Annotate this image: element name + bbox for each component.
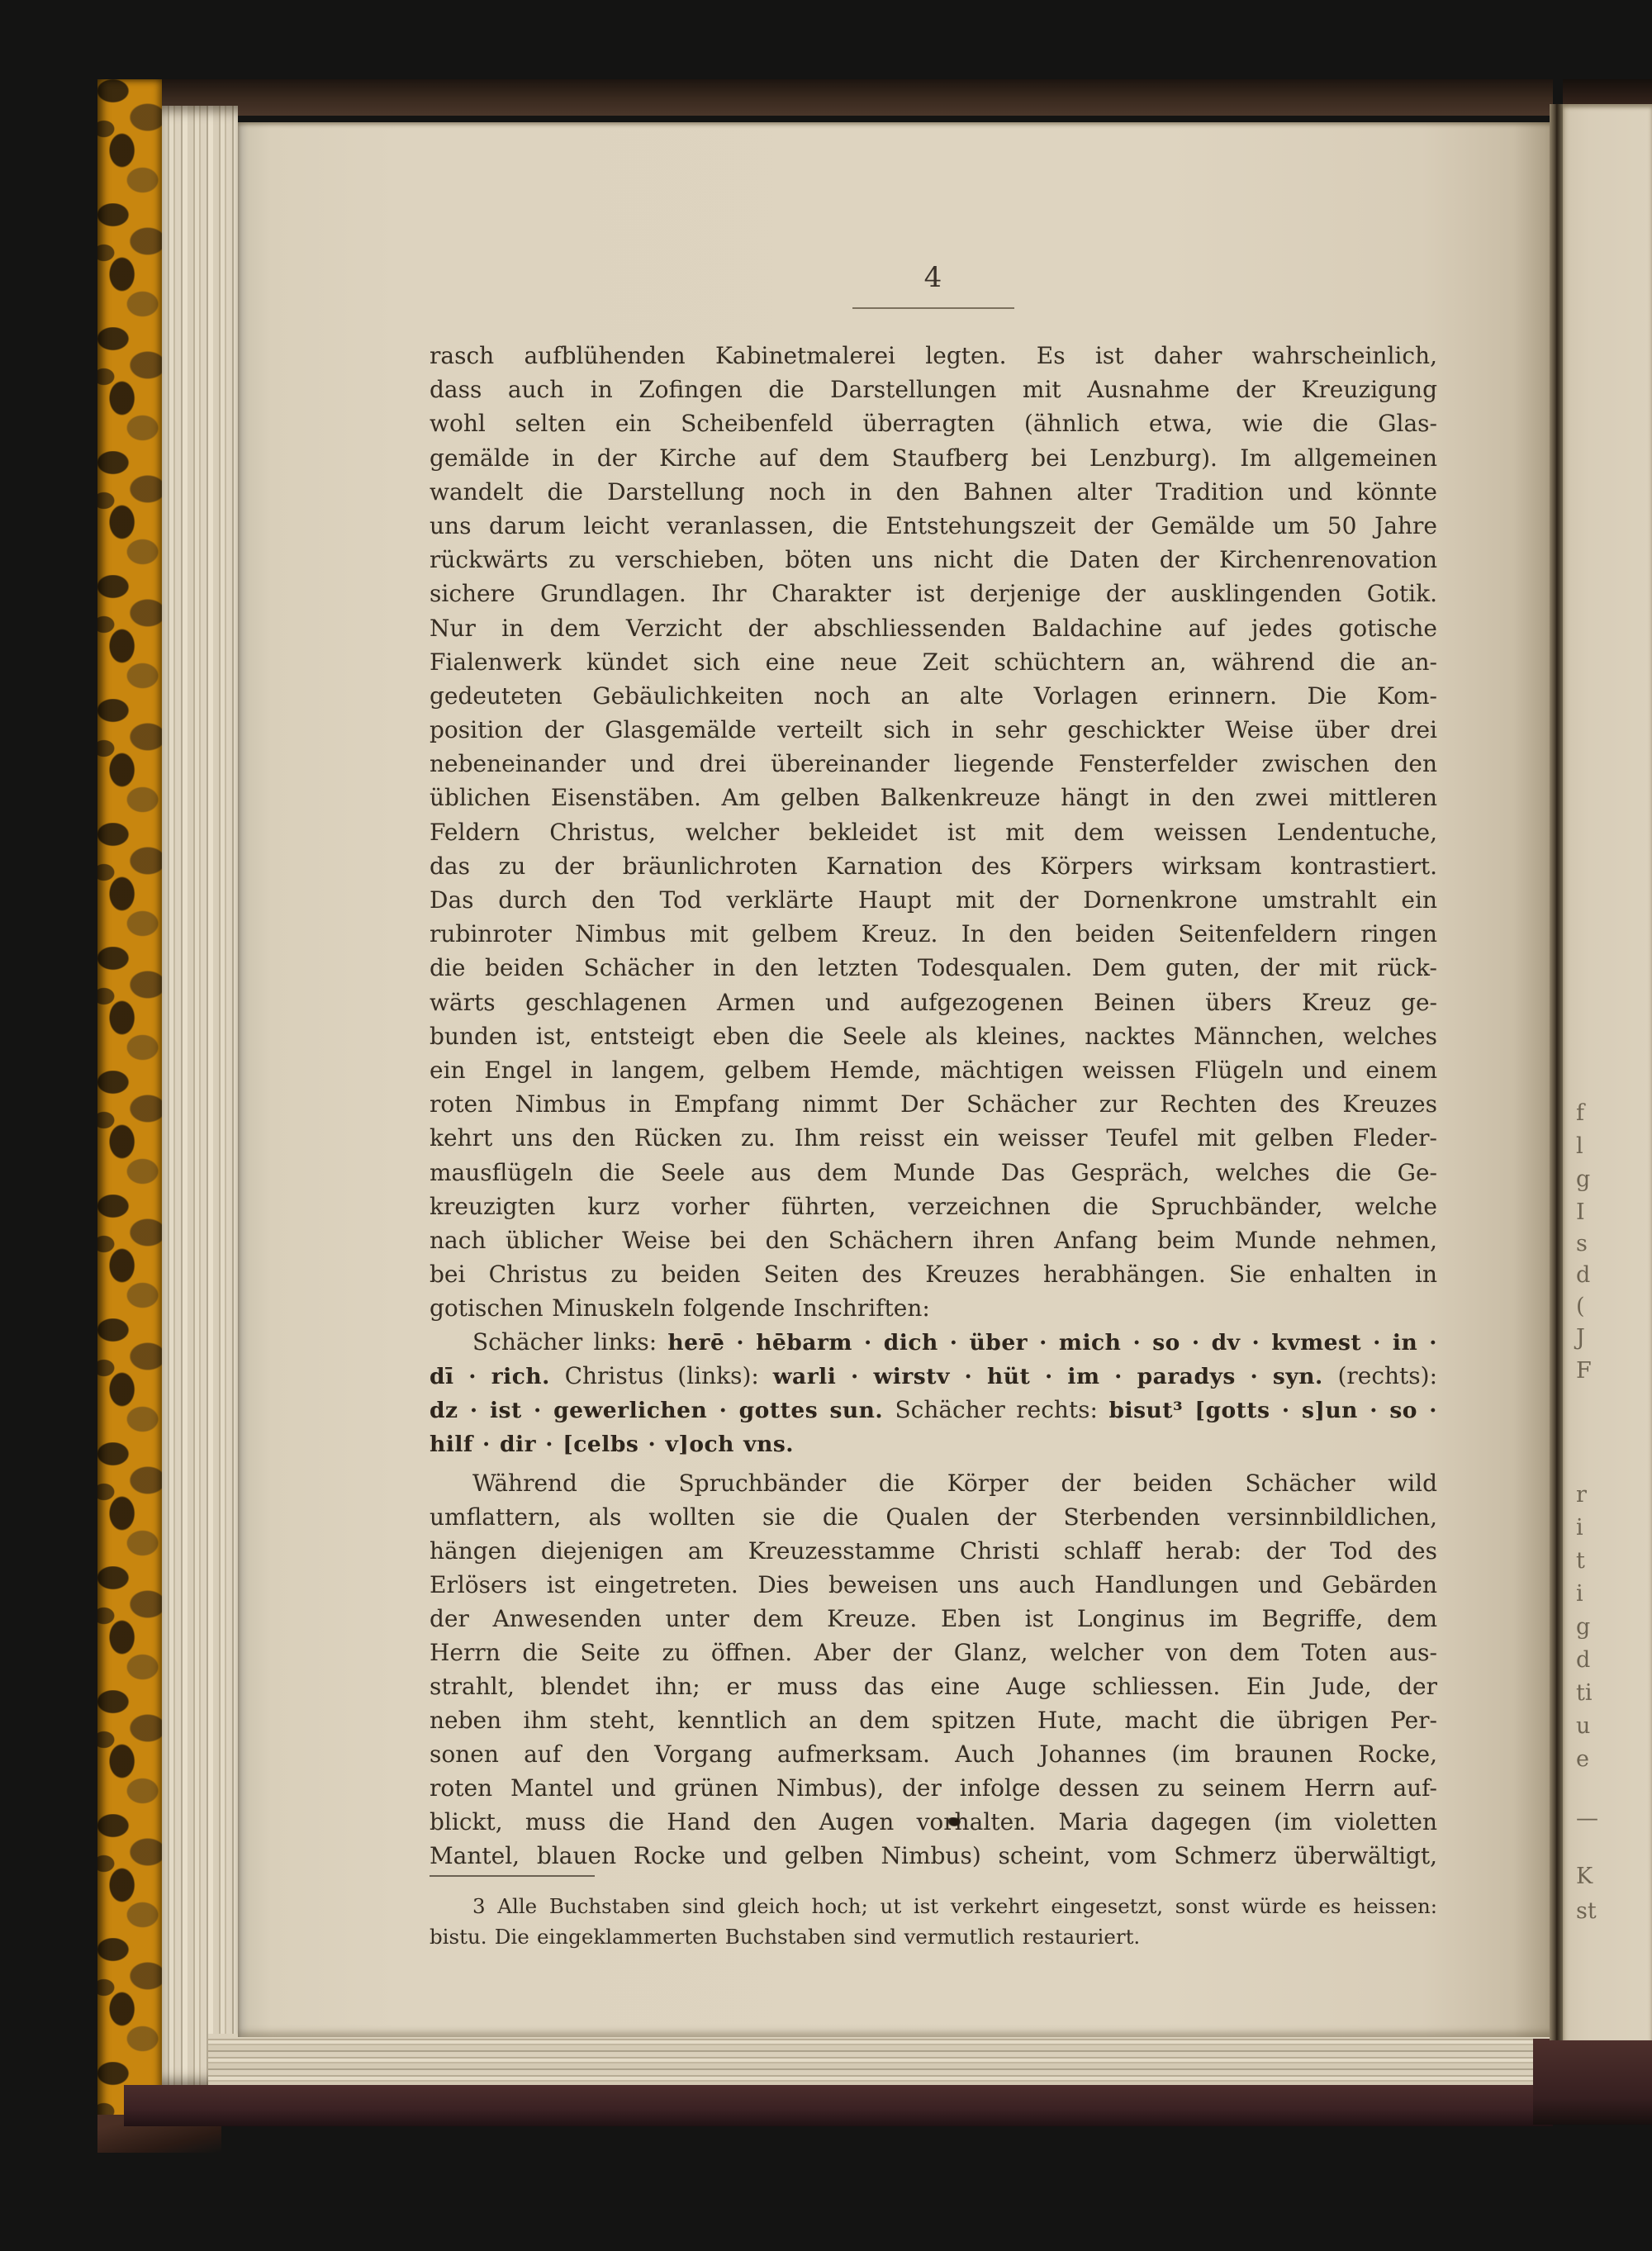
text-line: bei Christus zu beiden Seiten des Kreuze…: [430, 1257, 1437, 1291]
text-line: nach üblicher Weise bei den Schächern ih…: [430, 1223, 1437, 1257]
book-cover-bottom-edge: [124, 2085, 1553, 2126]
text-line: Feldern Christus, welcher bekleidet ist …: [430, 815, 1437, 849]
text-line: Fialenwerk kündet sich eine neue Zeit sc…: [430, 645, 1437, 679]
letter-fragment: F: [1576, 1358, 1592, 1384]
gothic-minuscule-text: bisut³ [gotts · s]un · so ·: [1108, 1398, 1437, 1423]
scanned-book-photo: { "page_number": "4", "paragraph1": { "i…: [0, 0, 1652, 2251]
letter-fragment: (: [1576, 1294, 1585, 1319]
letter-fragment: i: [1576, 1515, 1583, 1541]
text-line: bunden ist, entsteigt eben die Seele als…: [430, 1019, 1437, 1053]
letter-fragment: K: [1576, 1864, 1593, 1889]
ink-blot: [948, 1817, 961, 1826]
inscription-line: Schächer links: herē · hēbarm · dich · ü…: [430, 1325, 1437, 1359]
text-line: Während die Spruchbänder die Körper der …: [430, 1466, 1437, 1500]
gothic-minuscule-text: herē · hēbarm · dich · über · mich · so …: [667, 1330, 1437, 1356]
footnote-line: 3 Alle Buchstaben sind gleich hoch; ut i…: [430, 1892, 1437, 1922]
letter-fragment: st: [1576, 1898, 1597, 1924]
letter-fragment: f: [1576, 1100, 1584, 1126]
letter-fragment: l: [1576, 1133, 1583, 1159]
text-line: die beiden Schächer in den letzten Todes…: [430, 951, 1437, 985]
letter-fragment: t: [1576, 1548, 1585, 1574]
inscription-line: dī · rich. Christus (links): warli · wir…: [430, 1359, 1437, 1393]
text-line: üblichen Eisenstäben. Am gelben Balkenkr…: [430, 781, 1437, 814]
text-line: gedeuteten Gebäulichkeiten noch an alte …: [430, 679, 1437, 713]
page-number-rule: [852, 307, 1014, 309]
text-line: mausflügeln die Seele aus dem Munde Das …: [430, 1156, 1437, 1190]
gothic-minuscule-text: dz · ist · gewerlichen · gottes sun.: [430, 1398, 895, 1423]
text-line: der Anwesenden unter dem Kreuze. Eben is…: [430, 1602, 1437, 1636]
text-line: wärts geschlagenen Armen und aufgezogene…: [430, 985, 1437, 1019]
text-line: Mantel, blauen Rocke und gelben Nimbus) …: [430, 1839, 1437, 1873]
text-line: nebeneinander und drei übereinander lieg…: [430, 747, 1437, 781]
letter-fragment: i: [1576, 1581, 1583, 1607]
facing-page-sliver: flgIsd(JFritigdtiue—Kst: [1563, 104, 1652, 2040]
letter-fragment: d: [1576, 1647, 1590, 1673]
page-stack-left-edge: [162, 106, 238, 2085]
text-line: roten Nimbus in Empfang nimmt Der Schäch…: [430, 1087, 1437, 1121]
paragraph: Während die Spruchbänder die Körper der …: [430, 1466, 1437, 1873]
letter-fragment: s: [1576, 1231, 1588, 1256]
book-cover-top-edge: [97, 79, 1553, 116]
letter-fragment: r: [1576, 1482, 1587, 1508]
text-line: rasch aufblühenden Kabinetmalerei legten…: [430, 339, 1437, 373]
text-line: Erlösers ist eingetreten. Dies beweisen …: [430, 1568, 1437, 1602]
right-page-top-cover-edge: [1563, 79, 1652, 106]
gothic-minuscule-text: warli · wirstv · hüt · im · paradys · sy…: [773, 1364, 1338, 1389]
text-line: gemälde in der Kirche auf dem Staufberg …: [430, 441, 1437, 475]
text-line: blickt, muss die Hand den Augen vorhalte…: [430, 1805, 1437, 1839]
paragraph-continuation: rasch aufblühenden Kabinetmalerei legten…: [430, 339, 1437, 1325]
letter-fragment: g: [1576, 1614, 1590, 1640]
book-page: 4 rasch aufblühenden Kabinetmalerei legt…: [238, 122, 1553, 2037]
letter-fragment: J: [1576, 1325, 1585, 1351]
text-line: das zu der bräunlichroten Karnation des …: [430, 849, 1437, 883]
letter-fragment: u: [1576, 1713, 1590, 1739]
text-line: position der Glasgemälde verteilt sich i…: [430, 713, 1437, 747]
inscriptions-block: Schächer links: herē · hēbarm · dich · ü…: [430, 1325, 1437, 1460]
inscription-line: hilf · dir · [celbs · v]och vns.: [430, 1427, 1437, 1460]
page-header: 4: [430, 261, 1437, 294]
text-line: hängen diejenigen am Kreuzesstamme Chris…: [430, 1534, 1437, 1568]
text-line: ein Engel in langem, gelbem Hemde, mächt…: [430, 1053, 1437, 1087]
gothic-minuscule-text: dī · rich.: [430, 1364, 565, 1389]
text-line: Nur in dem Verzicht der abschliessenden …: [430, 611, 1437, 645]
text-line: Herrn die Seite zu öffnen. Aber der Glan…: [430, 1636, 1437, 1669]
text-line: roten Mantel und grünen Nimbus), der inf…: [430, 1771, 1437, 1805]
roman-text: Schächer rechts:: [895, 1396, 1108, 1423]
roman-text: (rechts):: [1337, 1362, 1437, 1389]
letter-fragment: I: [1576, 1199, 1585, 1225]
page-number: 4: [924, 261, 943, 294]
text-line: dass auch in Zofingen die Darstellungen …: [430, 373, 1437, 406]
letter-fragment: d: [1576, 1262, 1590, 1288]
roman-text: Christus (links):: [565, 1362, 773, 1389]
letter-fragment: ti: [1576, 1680, 1593, 1706]
text-line: gotischen Minuskeln folgende Inschriften…: [430, 1291, 1437, 1325]
page-stack-bottom-edge: [208, 2034, 1553, 2085]
gothic-minuscule-text: hilf · dir · [celbs · v]och vns.: [430, 1432, 794, 1457]
text-line: uns darum leicht veranlassen, die Entste…: [430, 509, 1437, 543]
text-line: Das durch den Tod verklärte Haupt mit de…: [430, 883, 1437, 917]
roman-text: Schächer links:: [472, 1328, 667, 1356]
letter-fragment: g: [1576, 1166, 1590, 1192]
letter-fragment: —: [1576, 1806, 1598, 1831]
text-line: kreuzigten kurz vorher führten, verzeich…: [430, 1190, 1437, 1223]
text-line: rubinroter Nimbus mit gelbem Kreuz. In d…: [430, 917, 1437, 951]
text-line: kehrt uns den Rücken zu. Ihm reisst ein …: [430, 1121, 1437, 1155]
marbled-cover-edge: [97, 79, 162, 2141]
footnote-line: bistu. Die eingeklammerten Buchstaben si…: [430, 1922, 1437, 1953]
text-line: sichere Grundlagen. Ihr Charakter ist de…: [430, 577, 1437, 610]
text-line: umflattern, als wollten sie die Qualen d…: [430, 1500, 1437, 1534]
book-gutter-shadow: [1550, 104, 1563, 2040]
text-line: strahlt, blendet ihn; er muss das eine A…: [430, 1669, 1437, 1703]
text-line: wohl selten ein Scheibenfeld überragten …: [430, 406, 1437, 440]
text-line: sonen auf den Vorgang aufmerksam. Auch J…: [430, 1737, 1437, 1771]
cover-bottom-right-corner: [1533, 2039, 1652, 2125]
letter-fragment: e: [1576, 1746, 1589, 1772]
text-line: rückwärts zu verschieben, böten uns nich…: [430, 543, 1437, 577]
footnote: 3 Alle Buchstaben sind gleich hoch; ut i…: [430, 1892, 1437, 1952]
inscription-line: dz · ist · gewerlichen · gottes sun. Sch…: [430, 1393, 1437, 1427]
text-line: wandelt die Darstellung noch in den Bahn…: [430, 475, 1437, 509]
footnote-rule: [430, 1875, 595, 1877]
text-line: neben ihm steht, kenntlich an dem spitze…: [430, 1703, 1437, 1737]
